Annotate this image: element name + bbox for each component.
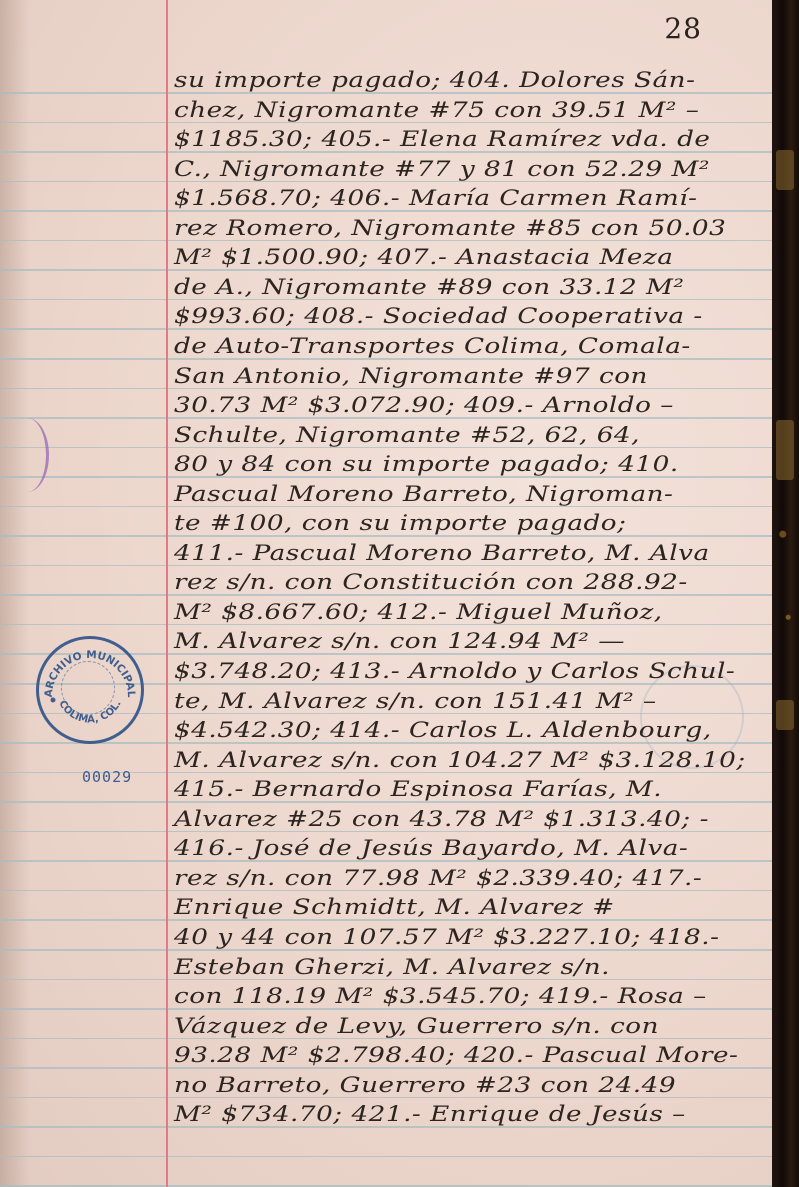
handwritten-line: Alvarez #25 con 43.78 M² $1.313.40; - — [174, 807, 709, 831]
ruled-line — [0, 919, 772, 921]
handwritten-line: te, M. Alvarez s/n. con 151.41 M² – — [174, 689, 657, 713]
ruled-line — [0, 506, 772, 508]
svg-text:ARCHIVO MUNICIPAL: ARCHIVO MUNICIPAL — [43, 649, 137, 698]
handwritten-line: de A., Nigromante #89 con 33.12 M² — [174, 275, 684, 299]
ruled-line — [0, 388, 772, 390]
handwritten-line: M² $8.667.60; 412.- Miguel Muñoz, — [174, 600, 663, 624]
handwritten-line: rez Romero, Nigromante #85 con 50.03 — [174, 216, 726, 240]
folio-number: 00029 — [82, 768, 132, 786]
handwritten-line: rez s/n. con 77.98 M² $2.339.40; 417.- — [174, 866, 702, 890]
handwritten-line: M. Alvarez s/n. con 124.94 M² — — [174, 629, 625, 653]
spine-speckle — [776, 150, 794, 190]
handwritten-line: San Antonio, Nigromante #97 con — [174, 364, 648, 388]
ruled-line — [0, 1126, 772, 1128]
ruled-line — [0, 1038, 772, 1040]
ruled-line — [0, 151, 772, 153]
handwritten-line: $993.60; 408.- Sociedad Cooperativa - — [174, 304, 703, 328]
ruled-line — [0, 476, 772, 478]
handwritten-line: 416.- José de Jesús Bayardo, M. Alva- — [174, 836, 688, 860]
ruled-line — [0, 979, 772, 981]
page-number: 28 — [664, 12, 702, 45]
ruled-line — [0, 1156, 772, 1158]
stamp-text-ring: ARCHIVO MUNICIPAL COLIMA, COL. — [36, 636, 144, 744]
ruled-line — [0, 328, 772, 330]
ruled-line — [0, 831, 772, 833]
handwritten-line: no Barreto, Guerrero #23 con 24.49 — [174, 1073, 676, 1097]
partial-purple-stamp-icon — [6, 418, 49, 492]
ruled-line — [0, 447, 772, 449]
handwritten-line: M² $1.500.90; 407.- Anastacia Meza — [174, 245, 673, 269]
ruled-line — [0, 240, 772, 242]
handwritten-line: Enrique Schmidtt, M. Alvarez # — [174, 895, 615, 919]
handwritten-line: Schulte, Nigromante #52, 62, 64, — [174, 423, 640, 447]
handwritten-line: M² $734.70; 421.- Enrique de Jesús – — [174, 1102, 686, 1126]
handwritten-line: su importe pagado; 404. Dolores Sán- — [174, 68, 695, 92]
handwritten-line: con 118.19 M² $3.545.70; 419.- Rosa – — [174, 984, 707, 1008]
ruled-line — [0, 594, 772, 596]
handwritten-line: 80 y 84 con su importe pagado; 410. — [174, 452, 679, 476]
handwritten-line: $3.748.20; 413.- Arnoldo y Carlos Schul- — [174, 659, 735, 683]
handwritten-line: M. Alvarez s/n. con 104.27 M² $3.128.10; — [174, 748, 746, 772]
ruled-line — [0, 1097, 772, 1099]
handwritten-line: 40 y 44 con 107.57 M² $3.227.10; 418.- — [174, 925, 719, 949]
ruled-line — [0, 624, 772, 626]
handwritten-line: 30.73 M² $3.072.90; 409.- Arnoldo – — [174, 393, 674, 417]
ruled-line — [0, 890, 772, 892]
handwritten-line: Vázquez de Levy, Guerrero s/n. con — [174, 1014, 659, 1038]
spine-speckle — [776, 420, 794, 480]
ruled-line — [0, 1008, 772, 1010]
stamp-bottom-text: COLIMA, COL. — [56, 699, 123, 726]
ruled-line — [0, 92, 772, 94]
svg-text:COLIMA, COL.: COLIMA, COL. — [56, 699, 123, 726]
ruled-line — [0, 210, 772, 212]
archivo-municipal-stamp-icon: ARCHIVO MUNICIPAL COLIMA, COL. — [36, 636, 144, 744]
ledger-page: 28 ARCHIVO MUNICIPAL COLIMA, COL. 00029 … — [0, 0, 772, 1187]
handwritten-line: 415.- Bernardo Espinosa Farías, M. — [174, 777, 662, 801]
stamp-top-text: ARCHIVO MUNICIPAL — [43, 649, 137, 698]
ruled-line — [0, 269, 772, 271]
ruled-line — [0, 801, 772, 803]
handwritten-line: Pascual Moreno Barreto, Nigroman- — [174, 482, 673, 506]
ruled-line — [0, 181, 772, 183]
handwritten-line: 93.28 M² $2.798.40; 420.- Pascual More- — [174, 1043, 738, 1067]
ruled-line — [0, 299, 772, 301]
handwritten-line: chez, Nigromante #75 con 39.51 M² – — [174, 98, 699, 122]
handwritten-line: $1185.30; 405.- Elena Ramírez vda. de — [174, 127, 710, 151]
spine-speckle — [776, 700, 794, 730]
handwritten-line: de Auto-Transportes Colima, Comala- — [174, 334, 691, 358]
ruled-line — [0, 417, 772, 419]
handwritten-line: rez s/n. con Constitución con 288.92- — [174, 570, 688, 594]
handwritten-line: te #100, con su importe pagado; — [174, 511, 626, 535]
ruled-line — [0, 122, 772, 124]
ruled-line — [0, 535, 772, 537]
ruled-line — [0, 565, 772, 567]
ruled-line — [0, 1067, 772, 1069]
ruled-line — [0, 358, 772, 360]
handwritten-line: $1.568.70; 406.- María Carmen Ramí- — [174, 186, 698, 210]
red-margin-line — [166, 0, 168, 1187]
ruled-line — [0, 949, 772, 951]
handwritten-line: $4.542.30; 414.- Carlos L. Aldenbourg, — [174, 718, 712, 742]
handwritten-line: 411.- Pascual Moreno Barreto, M. Alva — [174, 541, 710, 565]
handwritten-line: C., Nigromante #77 y 81 con 52.29 M² — [174, 157, 710, 181]
ruled-line — [0, 860, 772, 862]
handwritten-line: Esteban Gherzi, M. Alvarez s/n. — [174, 955, 610, 979]
